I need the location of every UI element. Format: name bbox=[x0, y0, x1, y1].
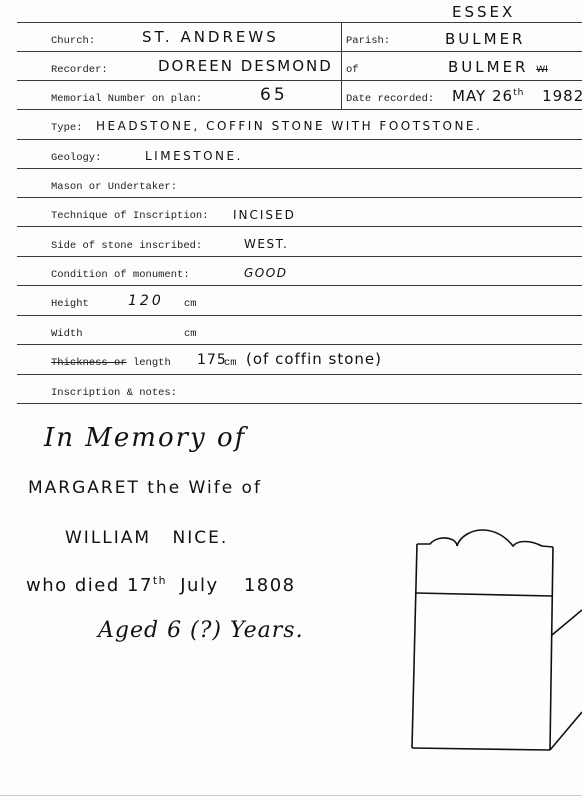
death-day: who died 17 bbox=[26, 575, 153, 596]
rule bbox=[17, 139, 582, 140]
memorial-record-form: ESSEX Church: ST. ANDREWS Parish: BULMER… bbox=[0, 0, 582, 800]
recorder-value: DOREEN DESMOND bbox=[158, 57, 333, 75]
geology-label: Geology: bbox=[51, 152, 101, 164]
inscription-line-4: who died 17th July 1808 bbox=[26, 574, 296, 596]
date-recorded-value: MAY 26th 1982 bbox=[452, 87, 582, 105]
death-month-year: July 1808 bbox=[180, 575, 295, 596]
side-label: Side of stone inscribed: bbox=[51, 240, 202, 252]
height-value: 120 bbox=[128, 293, 164, 309]
rule bbox=[17, 109, 582, 110]
rule bbox=[17, 403, 582, 404]
date-ordinal: th bbox=[513, 88, 524, 98]
length-label: Thickness or length bbox=[51, 357, 171, 369]
condition-label: Condition of monument: bbox=[51, 269, 190, 281]
date-year: 1982 bbox=[542, 87, 582, 105]
inscription-label: Inscription & notes: bbox=[51, 387, 177, 399]
type-value: HEADSTONE, COFFIN STONE WITH FOOTSTONE. bbox=[96, 119, 482, 133]
inscription-line-5: Aged 6 (?) Years. bbox=[98, 618, 304, 643]
parish-label: Parish: bbox=[346, 35, 390, 47]
length-value: 175 bbox=[197, 352, 227, 368]
county-value: ESSEX bbox=[452, 3, 515, 21]
inscription-line-2: MARGARET the Wife of bbox=[28, 478, 262, 498]
inscription-line-3: WILLIAM NICE. bbox=[65, 528, 228, 548]
memorial-number-value: 65 bbox=[260, 85, 288, 105]
height-unit: cm bbox=[184, 298, 197, 310]
length-note: (of coffin stone) bbox=[246, 350, 382, 368]
rule bbox=[17, 315, 582, 316]
memorial-number-label: Memorial Number on plan: bbox=[51, 93, 202, 105]
geology-value: LIMESTONE. bbox=[145, 149, 243, 163]
height-label: Height bbox=[51, 298, 89, 310]
of-value: BULMER WI bbox=[448, 58, 548, 76]
rule bbox=[17, 285, 582, 286]
date-day: MAY 26 bbox=[452, 87, 513, 105]
rule bbox=[17, 344, 582, 345]
death-ordinal: th bbox=[153, 574, 167, 587]
date-recorded-label: Date recorded: bbox=[346, 93, 434, 105]
condition-value: GOOD bbox=[244, 266, 287, 280]
column-divider bbox=[341, 22, 342, 109]
of-label: of bbox=[346, 64, 359, 76]
rule bbox=[17, 374, 582, 375]
rule bbox=[17, 80, 582, 81]
length-label-text: length bbox=[133, 357, 171, 369]
parish-value: BULMER bbox=[445, 30, 525, 48]
inscription-line-1: In Memory of bbox=[44, 423, 246, 453]
recorder-label: Recorder: bbox=[51, 64, 108, 76]
length-unit: cm bbox=[224, 357, 237, 369]
of-struck-suffix: WI bbox=[536, 65, 548, 75]
church-value: ST. ANDREWS bbox=[142, 28, 279, 46]
rule bbox=[17, 256, 582, 257]
side-value: WEST. bbox=[244, 237, 288, 251]
page-edge bbox=[0, 795, 582, 796]
mason-label: Mason or Undertaker: bbox=[51, 181, 177, 193]
rule bbox=[17, 168, 582, 169]
of-value-text: BULMER bbox=[448, 58, 528, 76]
width-unit: cm bbox=[184, 328, 197, 340]
technique-label: Technique of Inscription: bbox=[51, 210, 209, 222]
technique-value: INCISED bbox=[233, 208, 296, 222]
headstone-sketch-icon bbox=[380, 500, 582, 800]
type-label: Type: bbox=[51, 122, 83, 134]
width-label: Width bbox=[51, 328, 83, 340]
rule bbox=[17, 226, 582, 227]
rule bbox=[17, 51, 582, 52]
rule bbox=[17, 22, 582, 23]
length-struck-label: Thickness or bbox=[51, 357, 127, 369]
rule bbox=[17, 197, 582, 198]
church-label: Church: bbox=[51, 35, 95, 47]
